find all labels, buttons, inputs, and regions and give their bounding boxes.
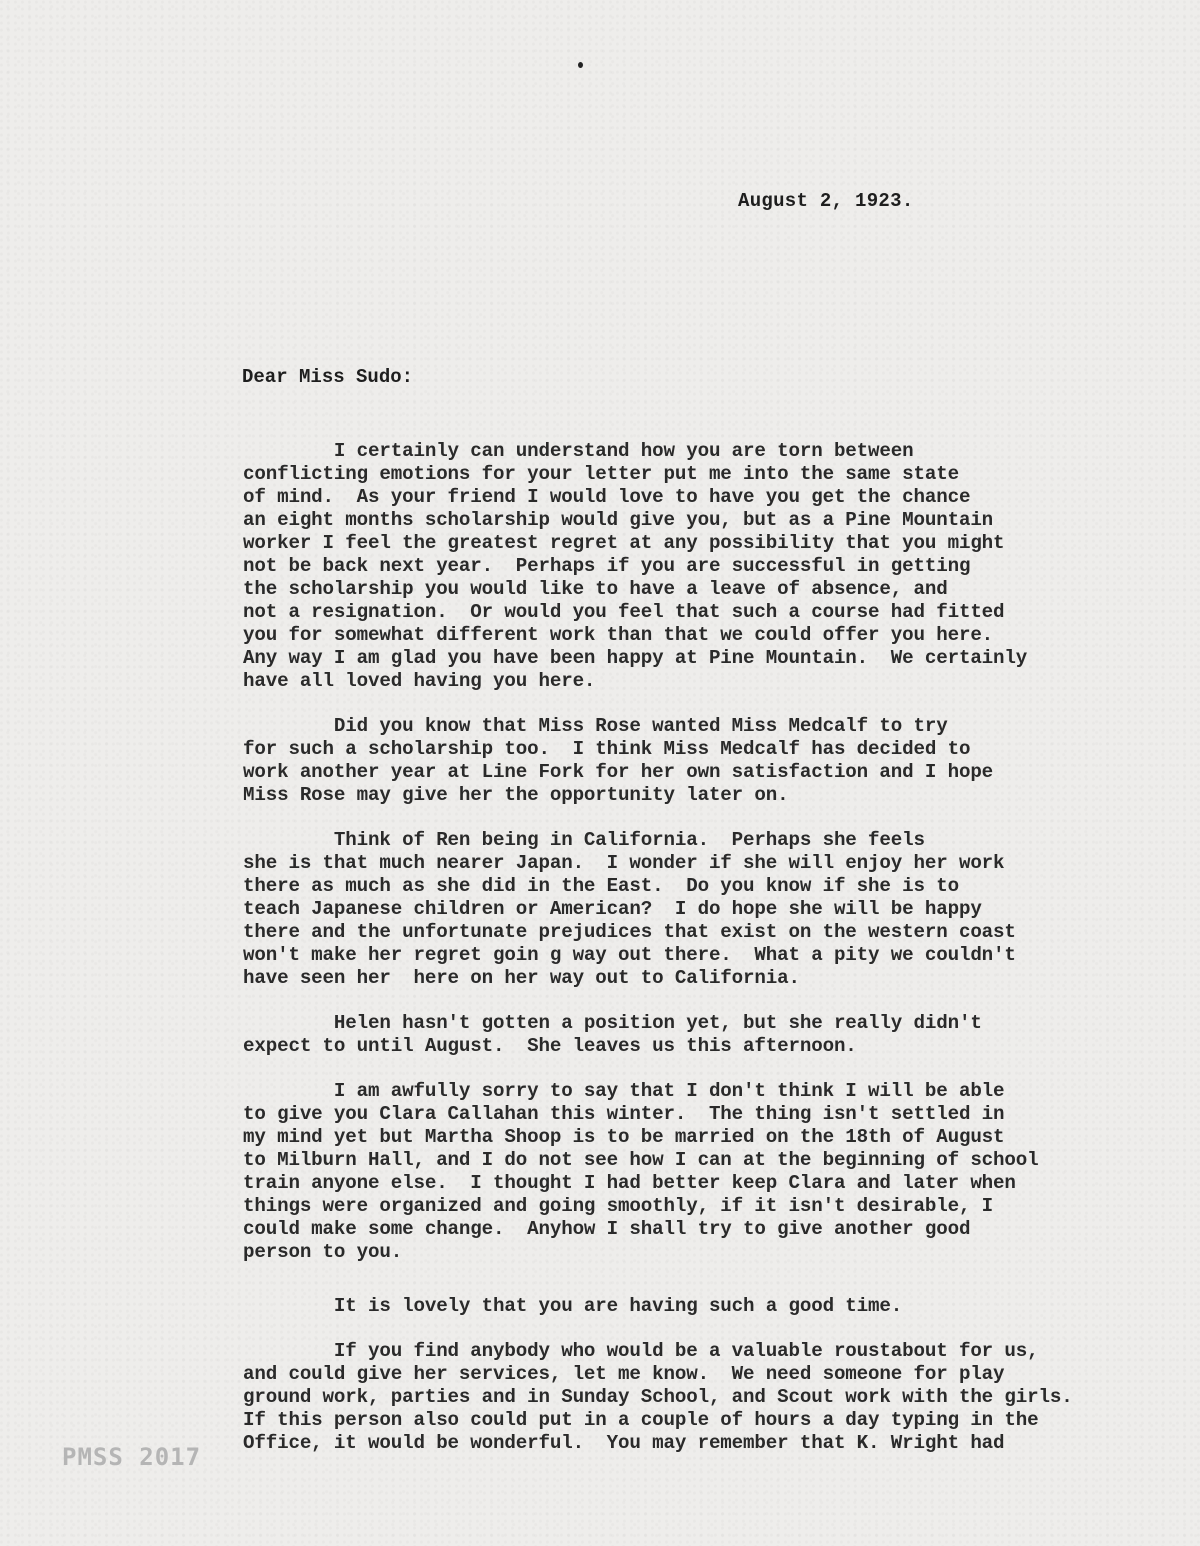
body-line: to give you Clara Callahan this winter. … (243, 1103, 1004, 1125)
body-line: Think of Ren being in California. Perhap… (243, 829, 925, 851)
body-line: person to you. (243, 1241, 402, 1263)
body-line: I am awfully sorry to say that I don't t… (243, 1080, 1004, 1102)
body-line: Helen hasn't gotten a position yet, but … (243, 1012, 982, 1034)
body-line: and could give her services, let me know… (243, 1363, 1004, 1385)
letter-page: August 2, 1923. Dear Miss Sudo: I certai… (0, 0, 1200, 1546)
body-line: ground work, parties and in Sunday Schoo… (243, 1386, 1073, 1408)
ink-speck (578, 62, 583, 68)
body-line: won't make her regret goin g way out the… (243, 944, 1016, 966)
body-line: you for somewhat different work than tha… (243, 624, 993, 646)
body-line: she is that much nearer Japan. I wonder … (243, 852, 1004, 874)
body-line: have all loved having you here. (243, 670, 595, 692)
archive-watermark: PMSS 2017 (62, 1443, 201, 1471)
body-line: Did you know that Miss Rose wanted Miss … (243, 715, 948, 737)
body-line: Any way I am glad you have been happy at… (243, 647, 1027, 669)
body-line: of mind. As your friend I would love to … (243, 486, 970, 508)
body-line: teach Japanese children or American? I d… (243, 898, 982, 920)
body-line: my mind yet but Martha Shoop is to be ma… (243, 1126, 1004, 1148)
body-line: have seen her here on her way out to Cal… (243, 967, 800, 989)
body-line: the scholarship you would like to have a… (243, 578, 948, 600)
body-line: work another year at Line Fork for her o… (243, 761, 993, 783)
body-line: conflicting emotions for your letter put… (243, 463, 959, 485)
body-line: I certainly can understand how you are t… (243, 440, 914, 462)
body-line: could make some change. Anyhow I shall t… (243, 1218, 970, 1240)
body-line: If you find anybody who would be a valua… (243, 1340, 1039, 1362)
body-line: If this person also could put in a coupl… (243, 1409, 1039, 1431)
body-line: Miss Rose may give her the opportunity l… (243, 784, 789, 806)
letter-date: August 2, 1923. (738, 190, 914, 212)
body-line: an eight months scholarship would give y… (243, 509, 993, 531)
body-line: not be back next year. Perhaps if you ar… (243, 555, 970, 577)
body-line: there and the unfortunate prejudices tha… (243, 921, 1016, 943)
body-line: not a resignation. Or would you feel tha… (243, 601, 1004, 623)
body-line: things were organized and going smoothly… (243, 1195, 993, 1217)
body-line: there as much as she did in the East. Do… (243, 875, 959, 897)
body-line: Office, it would be wonderful. You may r… (243, 1432, 1004, 1454)
body-line: worker I feel the greatest regret at any… (243, 532, 1004, 554)
body-line: for such a scholarship too. I think Miss… (243, 738, 970, 760)
body-line: expect to until August. She leaves us th… (243, 1035, 857, 1057)
salutation: Dear Miss Sudo: (242, 366, 413, 388)
body-line: It is lovely that you are having such a … (243, 1295, 902, 1317)
body-line: train anyone else. I thought I had bette… (243, 1172, 1016, 1194)
body-line: to Milburn Hall, and I do not see how I … (243, 1149, 1039, 1171)
